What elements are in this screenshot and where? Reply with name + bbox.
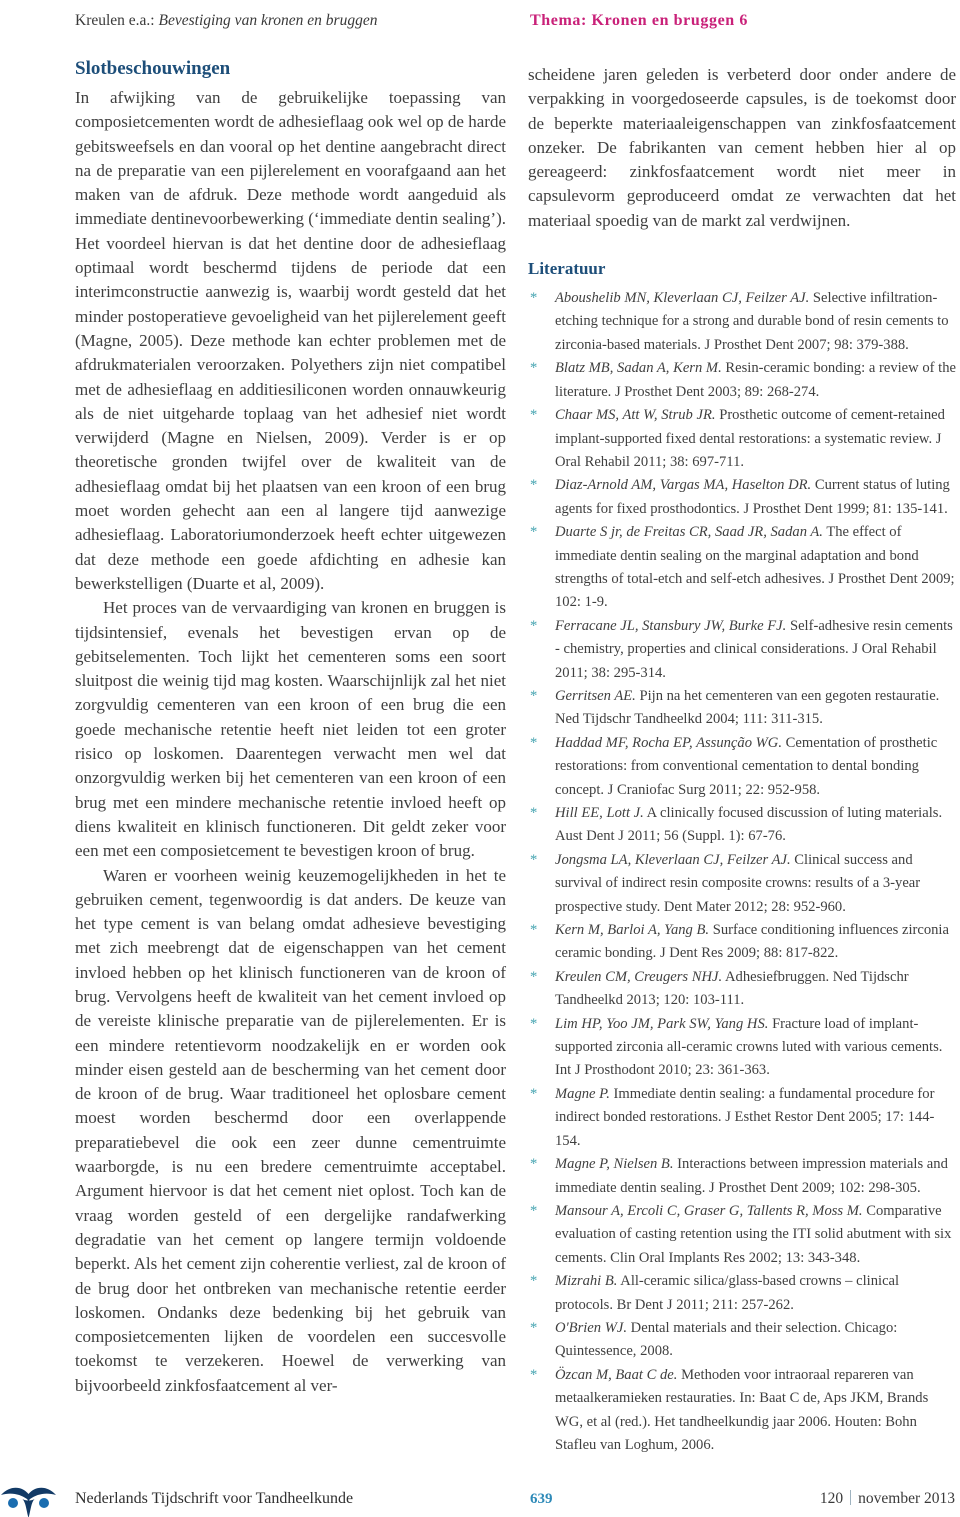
reference-item: * Kreulen CM, Creugers NHJ. Adhesiefbrug… xyxy=(528,966,956,1013)
footer-volume: 120 xyxy=(820,1490,843,1507)
reference-bullet: * xyxy=(530,1364,537,1387)
footer-issue-date: november 2013 xyxy=(858,1490,955,1507)
page-footer: Nederlands Tijdschrift voor Tandheelkund… xyxy=(0,1481,960,1517)
reference-item: * Magne P. Immediate dentin sealing: a f… xyxy=(528,1083,956,1153)
reference-bullet: * xyxy=(530,849,537,872)
reference-item: * Hill EE, Lott J. A clinically focused … xyxy=(528,802,956,849)
reference-item: * Lim HP, Yoo JM, Park SW, Yang HS. Frac… xyxy=(528,1013,956,1083)
reference-authors: Ferracane JL, Stansbury JW, Burke FJ. xyxy=(555,618,786,634)
footer-page-number: 639 xyxy=(530,1491,553,1508)
reference-authors: Kreulen CM, Creugers NHJ. xyxy=(555,969,722,985)
reference-authors: Duarte S jr, de Freitas CR, Saad JR, Sad… xyxy=(555,524,823,540)
reference-authors: Gerritsen AE. xyxy=(555,688,636,704)
reference-item: * O'Brien WJ. Dental materials and their… xyxy=(528,1317,956,1364)
reference-item: * Duarte S jr, de Freitas CR, Saad JR, S… xyxy=(528,521,956,615)
reference-authors: Mizrahi B. xyxy=(555,1273,617,1289)
footer-issue-info: 120november 2013 xyxy=(820,1490,955,1508)
running-header-authors: Kreulen e.a.: xyxy=(75,12,159,29)
reference-authors: Kern M, Barloi A, Yang B. xyxy=(555,922,709,938)
reference-authors: Magne P. xyxy=(555,1086,610,1102)
reference-text: Immediate dentin sealing: a fundamental … xyxy=(555,1086,934,1149)
reference-bullet: * xyxy=(530,966,537,989)
reference-authors: Jongsma LA, Kleverlaan CJ, Feilzer AJ. xyxy=(555,852,791,868)
reference-bullet: * xyxy=(530,357,537,380)
reference-authors: Aboushelib MN, Kleverlaan CJ, Feilzer AJ… xyxy=(555,290,809,306)
reference-bullet: * xyxy=(530,615,537,638)
reference-item: * Özcan M, Baat C de. Methoden voor intr… xyxy=(528,1364,956,1458)
running-header: Kreulen e.a.: Bevestiging van kronen en … xyxy=(75,12,955,30)
reference-bullet: * xyxy=(530,1317,537,1340)
reference-item: * Diaz-Arnold AM, Vargas MA, Haselton DR… xyxy=(528,474,956,521)
reference-item: * Kern M, Barloi A, Yang B. Surface cond… xyxy=(528,919,956,966)
reference-authors: Mansour A, Ercoli C, Graser G, Tallents … xyxy=(555,1203,863,1219)
running-header-citation: Kreulen e.a.: Bevestiging van kronen en … xyxy=(75,12,377,30)
reference-bullet: * xyxy=(530,521,537,544)
reference-item: * Jongsma LA, Kleverlaan CJ, Feilzer AJ.… xyxy=(528,849,956,919)
footer-divider xyxy=(850,1490,851,1505)
reference-item: * Blatz MB, Sadan A, Kern M. Resin-ceram… xyxy=(528,357,956,404)
ntvt-bird-logo-icon xyxy=(0,1481,58,1517)
reference-authors: Özcan M, Baat C de. xyxy=(555,1367,677,1383)
reference-item: * Gerritsen AE. Pijn na het cementeren v… xyxy=(528,685,956,732)
literature-heading: Literatuur xyxy=(528,259,956,279)
body-paragraph: Waren er voorheen weinig keuzemogelijkhe… xyxy=(75,864,506,1399)
reference-bullet: * xyxy=(530,732,537,755)
reference-authors: Haddad MF, Rocha EP, Assunção WG. xyxy=(555,735,782,751)
reference-list: * Aboushelib MN, Kleverlaan CJ, Feilzer … xyxy=(528,287,956,1457)
reference-bullet: * xyxy=(530,1013,537,1036)
reference-bullet: * xyxy=(530,474,537,497)
reference-bullet: * xyxy=(530,919,537,942)
reference-authors: Diaz-Arnold AM, Vargas MA, Haselton DR. xyxy=(555,477,811,493)
right-column: scheidene jaren geleden is verbeterd doo… xyxy=(528,63,956,1457)
reference-item: * Mansour A, Ercoli C, Graser G, Tallent… xyxy=(528,1200,956,1270)
body-paragraph: Het proces van de vervaardiging van kron… xyxy=(75,596,506,863)
left-column: Slotbeschouwingen In afwijking van de ge… xyxy=(75,58,506,1398)
reference-item: * Ferracane JL, Stansbury JW, Burke FJ. … xyxy=(528,615,956,685)
reference-bullet: * xyxy=(530,1153,537,1176)
reference-bullet: * xyxy=(530,685,537,708)
running-header-article-title: Bevestiging van kronen en bruggen xyxy=(159,12,378,29)
reference-item: * Aboushelib MN, Kleverlaan CJ, Feilzer … xyxy=(528,287,956,357)
reference-bullet: * xyxy=(530,1270,537,1293)
reference-bullet: * xyxy=(530,1083,537,1106)
reference-bullet: * xyxy=(530,1200,537,1223)
reference-authors: Hill EE, Lott J. xyxy=(555,805,644,821)
reference-item: * Haddad MF, Rocha EP, Assunção WG. Ceme… xyxy=(528,732,956,802)
footer-journal-name: Nederlands Tijdschrift voor Tandheelkund… xyxy=(75,1490,353,1508)
reference-authors: Chaar MS, Att W, Strub JR. xyxy=(555,407,716,423)
reference-item: * Magne P, Nielsen B. Interactions betwe… xyxy=(528,1153,956,1200)
running-header-theme: Thema: Kronen en bruggen 6 xyxy=(530,12,748,30)
reference-authors: Magne P, Nielsen B. xyxy=(555,1156,674,1172)
continuation-paragraph: scheidene jaren geleden is verbeterd doo… xyxy=(528,63,956,233)
section-heading: Slotbeschouwingen xyxy=(75,58,506,80)
reference-bullet: * xyxy=(530,287,537,310)
reference-authors: Blatz MB, Sadan A, Kern M. xyxy=(555,360,722,376)
reference-authors: Lim HP, Yoo JM, Park SW, Yang HS. xyxy=(555,1016,768,1032)
reference-item: * Chaar MS, Att W, Strub JR. Prosthetic … xyxy=(528,404,956,474)
reference-bullet: * xyxy=(530,404,537,427)
reference-item: * Mizrahi B. All-ceramic silica/glass-ba… xyxy=(528,1270,956,1317)
reference-authors: O'Brien WJ. xyxy=(555,1320,627,1336)
reference-bullet: * xyxy=(530,802,537,825)
journal-page: Kreulen e.a.: Bevestiging van kronen en … xyxy=(0,0,960,1517)
body-paragraph: In afwijking van de gebruikelijke toepas… xyxy=(75,86,506,596)
